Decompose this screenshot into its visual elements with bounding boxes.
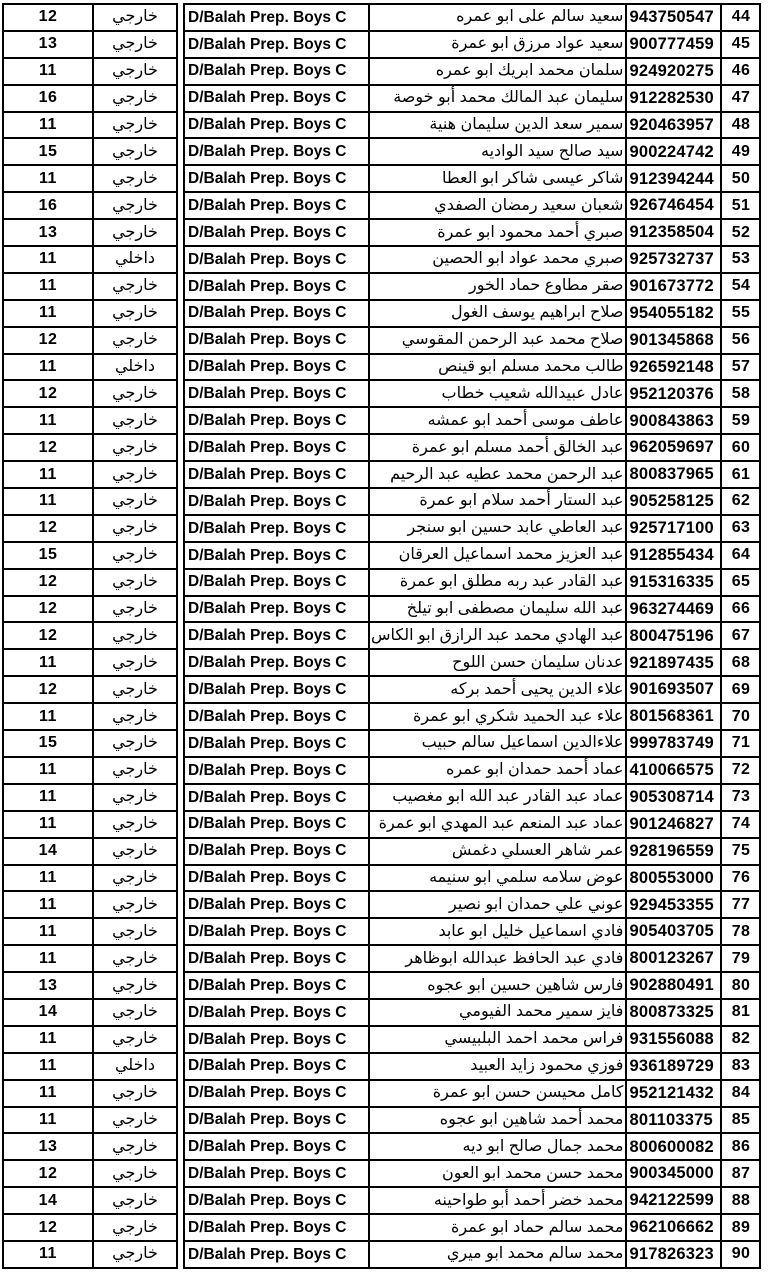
school-cell: D/Balah Prep. Boys C [184,569,369,596]
student-name-cell: عمر شاهر العسلي دغمش [369,838,626,865]
score-cell: 14 [3,838,93,865]
student-row: D/Balah Prep. Boys Cسيد صالح سيد الواديه… [184,138,760,165]
school-cell: D/Balah Prep. Boys C [184,1214,369,1241]
candidate-type-cell: خارجي [93,865,177,892]
id-number-cell: 905258125 [626,488,721,515]
candidate-type-cell: خارجي [93,58,177,85]
row-number-cell: 90 [721,1241,760,1268]
school-cell: D/Balah Prep. Boys C [184,192,369,219]
school-cell: D/Balah Prep. Boys C [184,972,369,999]
score-type-row: 12خارجي [3,569,177,596]
id-number-cell: 912358504 [626,219,721,246]
score-type-row: 11خارجي [3,891,177,918]
candidate-type-cell: خارجي [93,1107,177,1134]
score-cell: 15 [3,138,93,165]
id-number-cell: 800123267 [626,945,721,972]
school-cell: D/Balah Prep. Boys C [184,1053,369,1080]
school-cell: D/Balah Prep. Boys C [184,811,369,838]
score-cell: 11 [3,649,93,676]
score-type-row: 13خارجي [3,219,177,246]
score-type-row: 11خارجي [3,273,177,300]
id-number-cell: 952120376 [626,380,721,407]
row-number-cell: 64 [721,542,760,569]
student-name-cell: محمد سالم محمد ابو ميري [369,1241,626,1268]
row-number-cell: 82 [721,1026,760,1053]
id-number-cell: 915316335 [626,569,721,596]
candidate-type-cell: خارجي [93,1160,177,1187]
score-type-row: 11خارجي [3,865,177,892]
student-name-cell: شعبان سعيد رمضان الصفدي [369,192,626,219]
row-number-cell: 81 [721,999,760,1026]
id-number-cell: 920463957 [626,112,721,139]
student-row: D/Balah Prep. Boys Cسلمان محمد ابريك ابو… [184,58,760,85]
school-cell: D/Balah Prep. Boys C [184,703,369,730]
student-row: D/Balah Prep. Boys Cمحمد حسن محمد ابو ال… [184,1160,760,1187]
school-cell: D/Balah Prep. Boys C [184,999,369,1026]
school-cell: D/Balah Prep. Boys C [184,327,369,354]
score-type-row: 11داخلي [3,354,177,381]
id-number-cell: 925732737 [626,246,721,273]
school-cell: D/Balah Prep. Boys C [184,58,369,85]
school-cell: D/Balah Prep. Boys C [184,784,369,811]
score-cell: 11 [3,1107,93,1134]
candidate-type-cell: خارجي [93,1187,177,1214]
row-number-cell: 44 [721,4,760,31]
student-row: D/Balah Prep. Boys Cسعيد سالم على ابو عم… [184,4,760,31]
score-type-row: 15خارجي [3,730,177,757]
score-type-row: 12خارجي [3,4,177,31]
student-row: D/Balah Prep. Boys Cطالب محمد مسلم ابو ق… [184,354,760,381]
candidate-type-cell: خارجي [93,1026,177,1053]
student-row: D/Balah Prep. Boys Cعماد عبد القادر عبد … [184,784,760,811]
score-cell: 11 [3,945,93,972]
row-number-cell: 66 [721,596,760,623]
roster-tables: 12خارجي13خارجي11خارجي16خارجي11خارجي15خار… [2,3,761,1269]
score-cell: 13 [3,972,93,999]
id-number-cell: 900224742 [626,138,721,165]
candidate-type-cell: خارجي [93,945,177,972]
student-name-cell: عبد الخالق أحمد مسلم ابو عمرة [369,434,626,461]
score-type-table: 12خارجي13خارجي11خارجي16خارجي11خارجي15خار… [2,3,178,1269]
candidate-type-cell: خارجي [93,649,177,676]
score-cell: 14 [3,999,93,1026]
score-type-row: 16خارجي [3,85,177,112]
id-number-cell: 800600082 [626,1133,721,1160]
student-name-cell: صبري أحمد محمود ابو عمرة [369,219,626,246]
id-number-cell: 962059697 [626,434,721,461]
school-cell: D/Balah Prep. Boys C [184,542,369,569]
score-type-row: 11داخلي [3,1053,177,1080]
row-number-cell: 69 [721,676,760,703]
row-number-cell: 88 [721,1187,760,1214]
score-type-row: 11خارجي [3,784,177,811]
student-name-cell: فادي عبد الحافظ عبدالله ابوظاهر [369,945,626,972]
row-number-cell: 65 [721,569,760,596]
id-number-cell: 963274469 [626,596,721,623]
id-number-cell: 800553000 [626,865,721,892]
id-number-cell: 952121432 [626,1080,721,1107]
student-row: D/Balah Prep. Boys Cمحمد جمال صالح ابو د… [184,1133,760,1160]
student-name-cell: صلاح محمد عبد الرحمن المقوسي [369,327,626,354]
student-name-cell: عبد القادر عبد ربه مطلق ابو عمرة [369,569,626,596]
candidate-type-cell: خارجي [93,1080,177,1107]
score-cell: 11 [3,112,93,139]
student-name-cell: فادي اسماعيل خليل ابو عابد [369,918,626,945]
score-type-row: 11خارجي [3,1241,177,1268]
candidate-type-cell: خارجي [93,515,177,542]
score-cell: 11 [3,1080,93,1107]
id-number-cell: 801568361 [626,703,721,730]
student-name-cell: عبد العزيز محمد اسماعيل العرقان [369,542,626,569]
school-cell: D/Balah Prep. Boys C [184,1026,369,1053]
row-number-cell: 63 [721,515,760,542]
candidate-type-cell: خارجي [93,273,177,300]
row-number-cell: 60 [721,434,760,461]
id-number-cell: 900777459 [626,31,721,58]
row-number-cell: 73 [721,784,760,811]
score-type-row: 11خارجي [3,407,177,434]
school-cell: D/Balah Prep. Boys C [184,85,369,112]
candidate-type-cell: خارجي [93,757,177,784]
student-row: D/Balah Prep. Boys Cعبد العاطي عابد حسين… [184,515,760,542]
student-row: D/Balah Prep. Boys Cعدنان سليمان حسن الل… [184,649,760,676]
score-cell: 16 [3,85,93,112]
student-row: D/Balah Prep. Boys Cسليمان عبد المالك مح… [184,85,760,112]
row-number-cell: 68 [721,649,760,676]
student-name-cell: علاءالدين اسماعيل سالم حبيب [369,730,626,757]
student-row: D/Balah Prep. Boys Cعبد القادر عبد ربه م… [184,569,760,596]
school-cell: D/Balah Prep. Boys C [184,1107,369,1134]
school-cell: D/Balah Prep. Boys C [184,1133,369,1160]
score-cell: 13 [3,219,93,246]
student-name-cell: علاء عبد الحميد شكري ابو عمرة [369,703,626,730]
candidate-type-cell: خارجي [93,1241,177,1268]
student-row: D/Balah Prep. Boys Cعادل عبيدالله شعيب خ… [184,380,760,407]
candidate-type-cell: خارجي [93,596,177,623]
row-number-cell: 86 [721,1133,760,1160]
student-row: D/Balah Prep. Boys Cعبد الخالق أحمد مسلم… [184,434,760,461]
student-row: D/Balah Prep. Boys Cعاطف موسى أحمد ابو ع… [184,407,760,434]
score-cell: 12 [3,515,93,542]
id-number-cell: 999783749 [626,730,721,757]
students-table-body: D/Balah Prep. Boys Cسعيد سالم على ابو عم… [184,4,760,1268]
row-number-cell: 46 [721,58,760,85]
student-name-cell: علاء الدين يحيى أحمد بركه [369,676,626,703]
score-cell: 15 [3,730,93,757]
candidate-type-cell: داخلي [93,246,177,273]
id-number-cell: 800837965 [626,461,721,488]
student-row: D/Balah Prep. Boys Cصبري محمد عواد ابو ا… [184,246,760,273]
student-name-cell: شاكر عيسى شاكر ابو العطا [369,165,626,192]
student-row: D/Balah Prep. Boys Cمحمد أحمد شاهين ابو … [184,1107,760,1134]
id-number-cell: 800475196 [626,622,721,649]
row-number-cell: 67 [721,622,760,649]
student-row: D/Balah Prep. Boys Cصلاح محمد عبد الرحمن… [184,327,760,354]
row-number-cell: 58 [721,380,760,407]
candidate-type-cell: خارجي [93,622,177,649]
score-cell: 11 [3,165,93,192]
score-cell: 11 [3,757,93,784]
row-number-cell: 74 [721,811,760,838]
student-name-cell: عماد عبد القادر عبد الله ابو مغصيب [369,784,626,811]
student-name-cell: عاطف موسى أحمد ابو عمشه [369,407,626,434]
school-cell: D/Balah Prep. Boys C [184,622,369,649]
score-cell: 11 [3,1026,93,1053]
candidate-type-cell: خارجي [93,1214,177,1241]
student-row: D/Balah Prep. Boys Cعمر شاهر العسلي دغمش… [184,838,760,865]
student-name-cell: عماد أحمد حمدان ابو عمره [369,757,626,784]
row-number-cell: 49 [721,138,760,165]
student-name-cell: عدنان سليمان حسن اللوح [369,649,626,676]
row-number-cell: 75 [721,838,760,865]
row-number-cell: 84 [721,1080,760,1107]
student-row: D/Balah Prep. Boys Cعوض سلامه سلمي ابو س… [184,865,760,892]
student-row: D/Balah Prep. Boys Cعوني علي حمدان ابو ن… [184,891,760,918]
school-cell: D/Balah Prep. Boys C [184,488,369,515]
id-number-cell: 943750547 [626,4,721,31]
row-number-cell: 48 [721,112,760,139]
id-number-cell: 912282530 [626,85,721,112]
candidate-type-cell: خارجي [93,730,177,757]
students-table: D/Balah Prep. Boys Cسعيد سالم على ابو عم… [183,3,761,1269]
school-cell: D/Balah Prep. Boys C [184,273,369,300]
id-number-cell: 929453355 [626,891,721,918]
student-name-cell: عوني علي حمدان ابو نصير [369,891,626,918]
school-cell: D/Balah Prep. Boys C [184,434,369,461]
score-type-row: 13خارجي [3,972,177,999]
student-row: D/Balah Prep. Boys Cصلاح ابراهيم يوسف ال… [184,300,760,327]
id-number-cell: 912394244 [626,165,721,192]
score-type-row: 11داخلي [3,246,177,273]
score-type-row: 14خارجي [3,1187,177,1214]
id-number-cell: 901693507 [626,676,721,703]
score-type-row: 14خارجي [3,838,177,865]
id-number-cell: 926592148 [626,354,721,381]
candidate-type-cell: خارجي [93,542,177,569]
score-cell: 11 [3,918,93,945]
student-row: D/Balah Prep. Boys Cعلاءالدين اسماعيل سا… [184,730,760,757]
candidate-type-cell: داخلي [93,354,177,381]
row-number-cell: 57 [721,354,760,381]
score-cell: 12 [3,434,93,461]
score-cell: 11 [3,461,93,488]
student-name-cell: سليمان عبد المالك محمد أبو خوصة [369,85,626,112]
score-type-row: 13خارجي [3,31,177,58]
score-cell: 11 [3,246,93,273]
id-number-cell: 942122599 [626,1187,721,1214]
score-cell: 11 [3,407,93,434]
score-cell: 12 [3,327,93,354]
row-number-cell: 51 [721,192,760,219]
row-number-cell: 61 [721,461,760,488]
row-number-cell: 45 [721,31,760,58]
score-type-row: 15خارجي [3,138,177,165]
row-number-cell: 83 [721,1053,760,1080]
school-cell: D/Balah Prep. Boys C [184,730,369,757]
id-number-cell: 901673772 [626,273,721,300]
student-name-cell: عوض سلامه سلمي ابو سنيمه [369,865,626,892]
student-row: D/Balah Prep. Boys Cصقر مطاوع حماد الخور… [184,273,760,300]
student-name-cell: سيد صالح سيد الواديه [369,138,626,165]
school-cell: D/Balah Prep. Boys C [184,407,369,434]
candidate-type-cell: خارجي [93,891,177,918]
school-cell: D/Balah Prep. Boys C [184,945,369,972]
student-row: D/Balah Prep. Boys Cعبد الرحمن محمد عطيه… [184,461,760,488]
row-number-cell: 55 [721,300,760,327]
score-cell: 12 [3,676,93,703]
candidate-type-cell: خارجي [93,434,177,461]
score-cell: 11 [3,1053,93,1080]
id-number-cell: 924920275 [626,58,721,85]
candidate-type-cell: خارجي [93,31,177,58]
student-row: D/Balah Prep. Boys Cسمير سعد الدين سليما… [184,112,760,139]
id-number-cell: 900843863 [626,407,721,434]
score-type-row: 11خارجي [3,703,177,730]
id-number-cell: 901246827 [626,811,721,838]
student-row: D/Balah Prep. Boys Cصبري أحمد محمود ابو … [184,219,760,246]
school-cell: D/Balah Prep. Boys C [184,31,369,58]
student-row: D/Balah Prep. Boys Cعبد العزيز محمد اسما… [184,542,760,569]
student-name-cell: كامل محيسن حسن ابو عمرة [369,1080,626,1107]
school-cell: D/Balah Prep. Boys C [184,165,369,192]
score-type-row: 11خارجي [3,1107,177,1134]
score-type-row: 12خارجي [3,676,177,703]
score-type-row: 11خارجي [3,58,177,85]
score-cell: 12 [3,569,93,596]
row-number-cell: 85 [721,1107,760,1134]
score-cell: 11 [3,703,93,730]
id-number-cell: 936189729 [626,1053,721,1080]
score-cell: 11 [3,354,93,381]
school-cell: D/Balah Prep. Boys C [184,918,369,945]
id-number-cell: 901345868 [626,327,721,354]
score-cell: 12 [3,380,93,407]
student-row: D/Balah Prep. Boys Cشاكر عيسى شاكر ابو ا… [184,165,760,192]
score-cell: 15 [3,542,93,569]
score-type-row: 11خارجي [3,300,177,327]
student-row: D/Balah Prep. Boys Cعبد الهادي محمد عبد … [184,622,760,649]
student-name-cell: فايز سمير محمد الفيومي [369,999,626,1026]
student-name-cell: محمد حسن محمد ابو العون [369,1160,626,1187]
student-row: D/Balah Prep. Boys Cفوزي محمود زايد العب… [184,1053,760,1080]
student-row: D/Balah Prep. Boys Cفايز سمير محمد الفيو… [184,999,760,1026]
score-cell: 11 [3,300,93,327]
id-number-cell: 962106662 [626,1214,721,1241]
school-cell: D/Balah Prep. Boys C [184,354,369,381]
score-type-row: 11خارجي [3,488,177,515]
score-cell: 13 [3,31,93,58]
roster-page: 12خارجي13خارجي11خارجي16خارجي11خارجي15خار… [0,0,771,1280]
candidate-type-cell: خارجي [93,569,177,596]
score-cell: 11 [3,811,93,838]
score-type-row: 15خارجي [3,542,177,569]
student-name-cell: سعيد عواد مرزق ابو عمرة [369,31,626,58]
candidate-type-cell: خارجي [93,999,177,1026]
score-cell: 11 [3,273,93,300]
row-number-cell: 62 [721,488,760,515]
score-type-row: 11خارجي [3,811,177,838]
student-row: D/Balah Prep. Boys Cعماد أحمد حمدان ابو … [184,757,760,784]
score-cell: 11 [3,784,93,811]
row-number-cell: 59 [721,407,760,434]
school-cell: D/Balah Prep. Boys C [184,300,369,327]
score-type-row: 12خارجي [3,434,177,461]
id-number-cell: 921897435 [626,649,721,676]
score-type-row: 11خارجي [3,649,177,676]
row-number-cell: 72 [721,757,760,784]
candidate-type-cell: خارجي [93,192,177,219]
score-type-row: 11خارجي [3,1080,177,1107]
score-cell: 14 [3,1187,93,1214]
candidate-type-cell: خارجي [93,1133,177,1160]
row-number-cell: 89 [721,1214,760,1241]
school-cell: D/Balah Prep. Boys C [184,246,369,273]
school-cell: D/Balah Prep. Boys C [184,1241,369,1268]
student-name-cell: محمد سالم حماد ابو عمرة [369,1214,626,1241]
id-number-cell: 912855434 [626,542,721,569]
row-number-cell: 76 [721,865,760,892]
school-cell: D/Balah Prep. Boys C [184,219,369,246]
score-cell: 11 [3,58,93,85]
score-type-row: 12خارجي [3,380,177,407]
candidate-type-cell: خارجي [93,300,177,327]
row-number-cell: 79 [721,945,760,972]
row-number-cell: 80 [721,972,760,999]
score-cell: 11 [3,865,93,892]
student-row: D/Balah Prep. Boys Cشعبان سعيد رمضان الص… [184,192,760,219]
student-row: D/Balah Prep. Boys Cمحمد سالم محمد ابو م… [184,1241,760,1268]
candidate-type-cell: خارجي [93,112,177,139]
school-cell: D/Balah Prep. Boys C [184,112,369,139]
school-cell: D/Balah Prep. Boys C [184,676,369,703]
student-name-cell: عبد الله سليمان مصطفى ابو تيلخ [369,596,626,623]
id-number-cell: 902880491 [626,972,721,999]
row-number-cell: 78 [721,918,760,945]
student-name-cell: طالب محمد مسلم ابو قينص [369,354,626,381]
score-type-row: 11خارجي [3,112,177,139]
school-cell: D/Balah Prep. Boys C [184,649,369,676]
candidate-type-cell: خارجي [93,165,177,192]
school-cell: D/Balah Prep. Boys C [184,1187,369,1214]
score-cell: 12 [3,1214,93,1241]
student-row: D/Balah Prep. Boys Cفراس محمد احمد البلب… [184,1026,760,1053]
score-type-row: 11خارجي [3,1026,177,1053]
score-type-row: 12خارجي [3,515,177,542]
candidate-type-cell: خارجي [93,380,177,407]
row-number-cell: 50 [721,165,760,192]
candidate-type-cell: خارجي [93,784,177,811]
row-number-cell: 47 [721,85,760,112]
id-number-cell: 925717100 [626,515,721,542]
score-type-row: 11خارجي [3,945,177,972]
row-number-cell: 54 [721,273,760,300]
score-type-row: 11خارجي [3,757,177,784]
student-name-cell: محمد خضر أحمد أبو طواحينه [369,1187,626,1214]
row-number-cell: 70 [721,703,760,730]
student-row: D/Balah Prep. Boys Cعبد الله سليمان مصطف… [184,596,760,623]
student-row: D/Balah Prep. Boys Cسعيد عواد مرزق ابو ع… [184,31,760,58]
school-cell: D/Balah Prep. Boys C [184,757,369,784]
student-name-cell: محمد جمال صالح ابو ديه [369,1133,626,1160]
id-number-cell: 954055182 [626,300,721,327]
student-name-cell: سمير سعد الدين سليمان هنية [369,112,626,139]
school-cell: D/Balah Prep. Boys C [184,461,369,488]
candidate-type-cell: داخلي [93,1053,177,1080]
candidate-type-cell: خارجي [93,676,177,703]
candidate-type-cell: خارجي [93,811,177,838]
score-type-table-body: 12خارجي13خارجي11خارجي16خارجي11خارجي15خار… [3,4,177,1268]
score-type-row: 12خارجي [3,596,177,623]
